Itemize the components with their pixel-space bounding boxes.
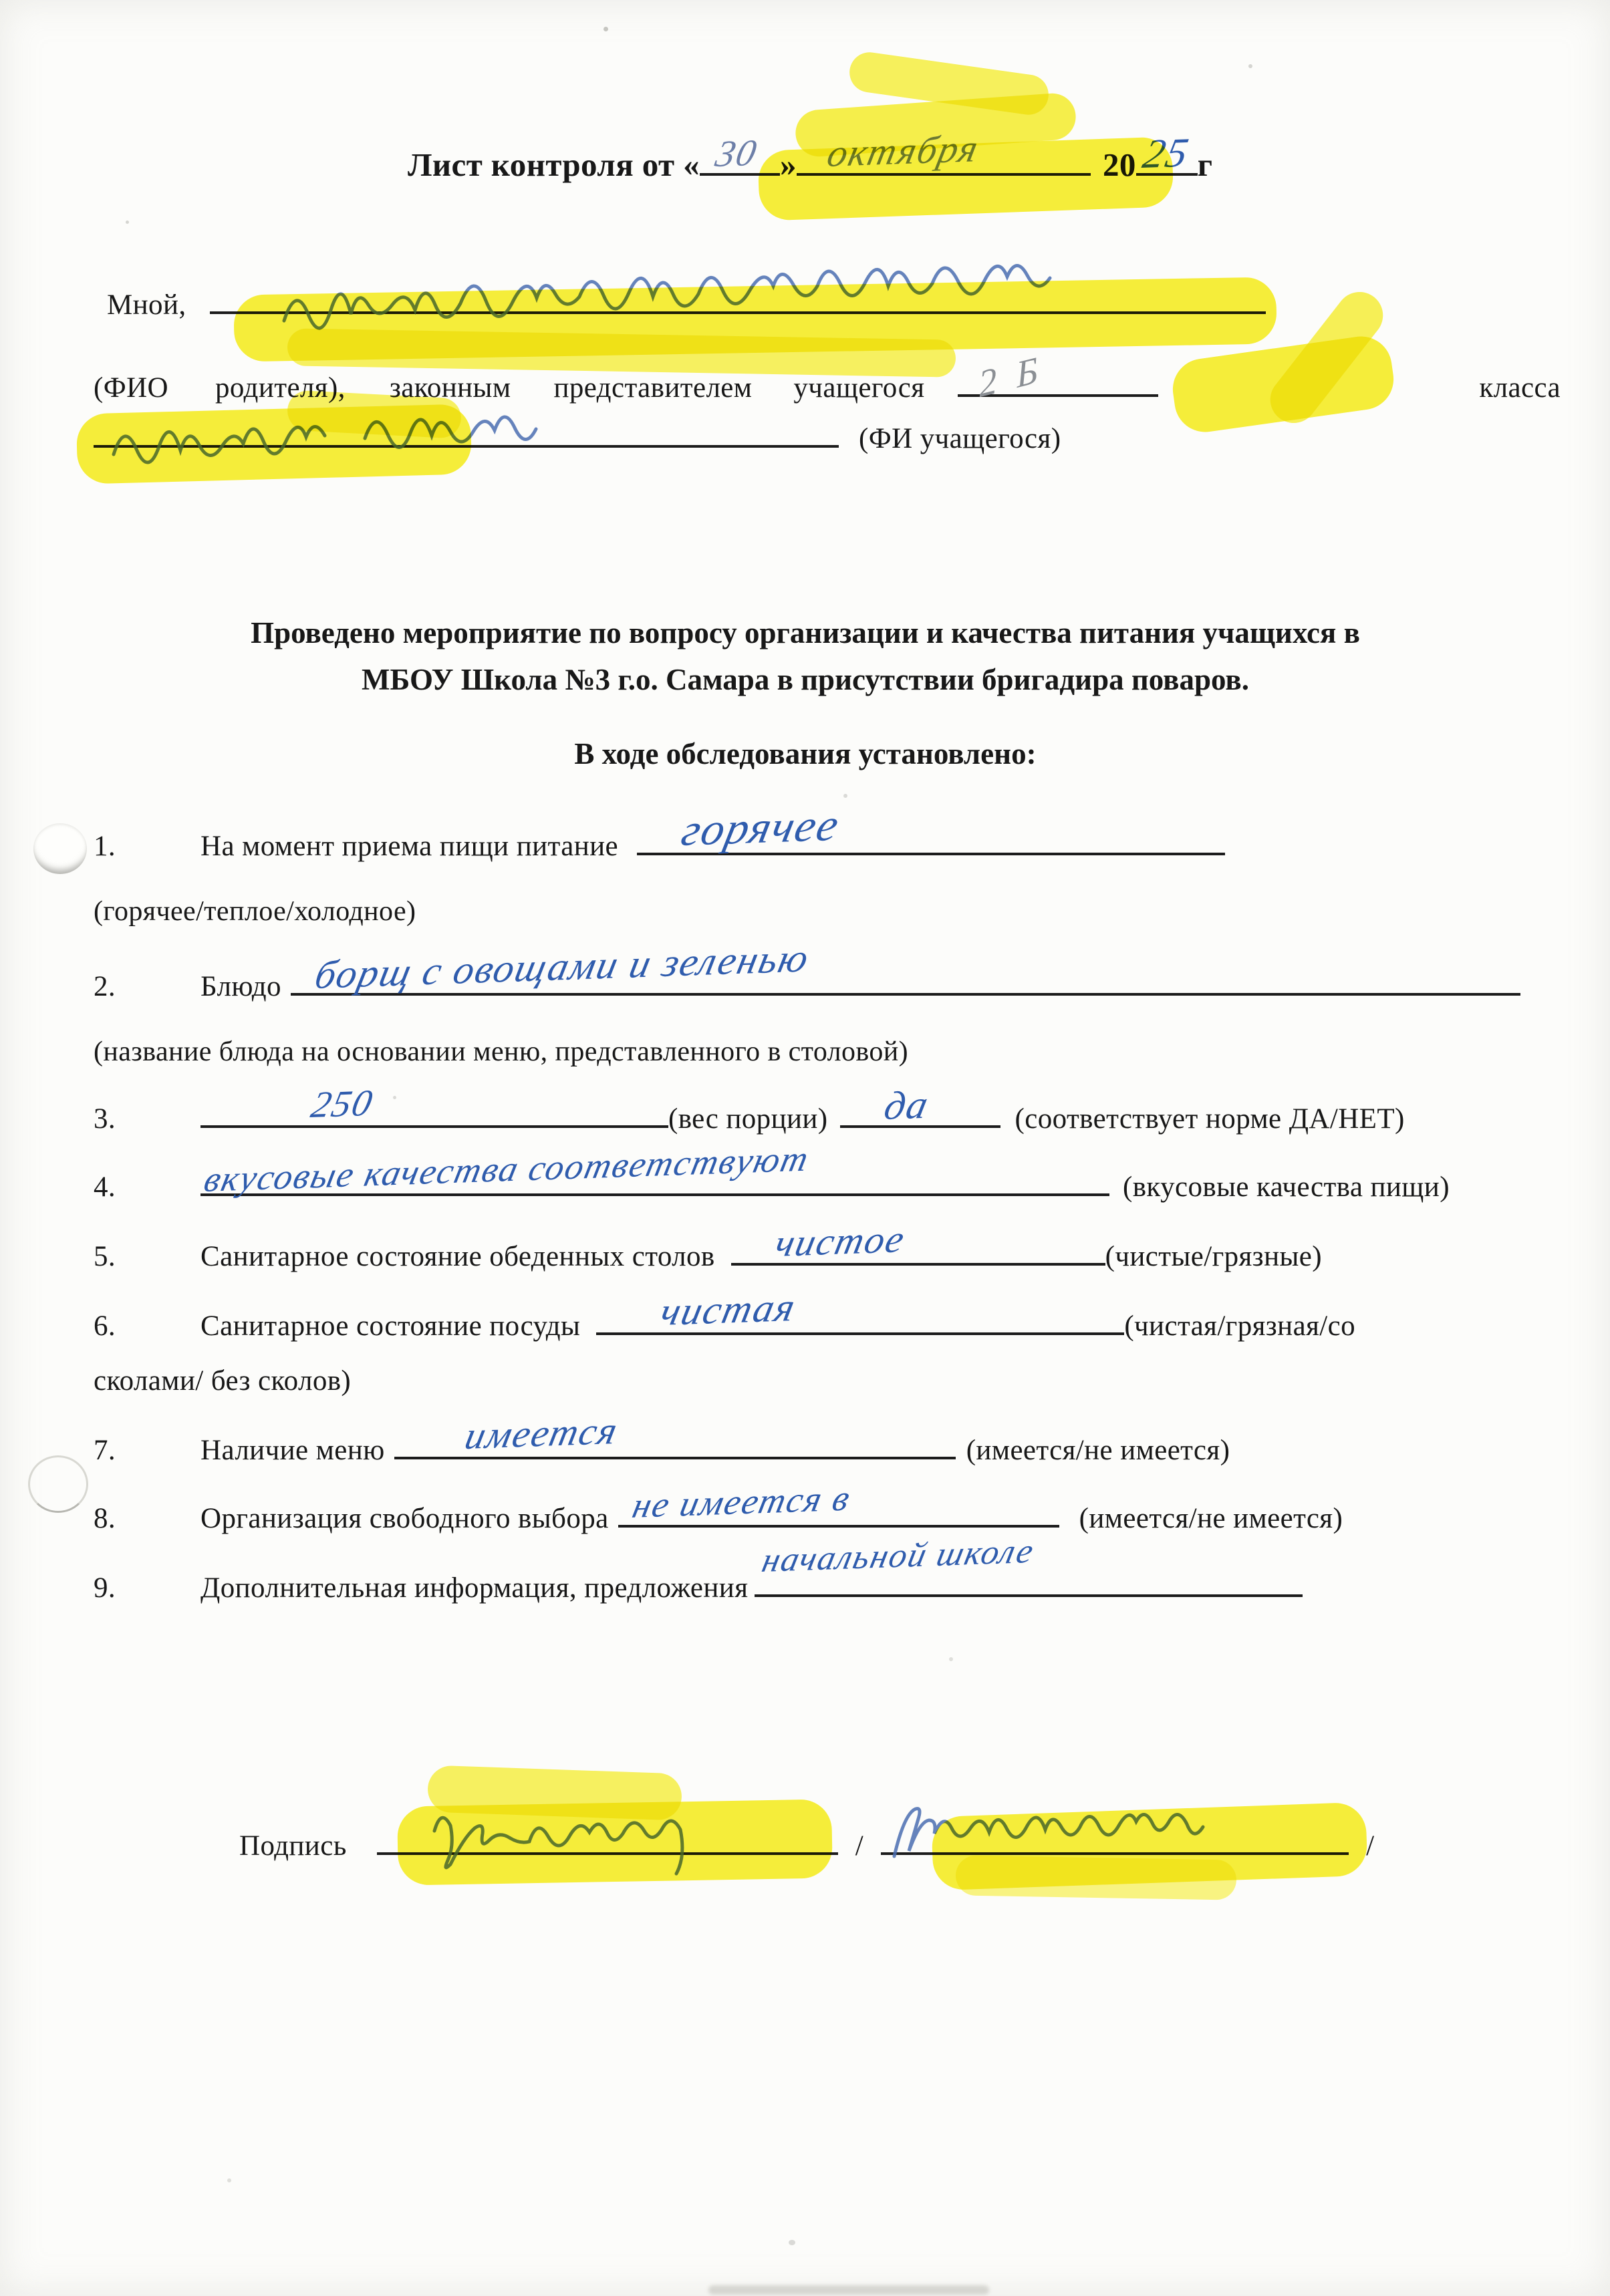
scan-speck [1248, 64, 1252, 68]
item-7-number: 7. [94, 1434, 200, 1467]
item-9-label: Дополнительная информация, предложения [200, 1572, 748, 1604]
legal-word-3: учащегося [793, 372, 924, 404]
item-3-answer-weight: 250 [307, 1082, 377, 1127]
item-1: 1. На момент приема пищи питание горячее [94, 830, 1225, 863]
scan-speck [126, 221, 129, 224]
highlighter-parent-name-lower [287, 328, 956, 377]
scan-speck [227, 2178, 231, 2182]
class-handwriting: 2 Б [978, 347, 1045, 407]
date-year-blank: 25 [1136, 164, 1198, 176]
item-2-hint: (название блюда на основании меню, предс… [94, 1036, 908, 1068]
title-after-day: » [780, 146, 797, 184]
findings-subheading: В ходе обследования установлено: [67, 736, 1544, 771]
event-paragraph: Проведено мероприятие по вопросу организ… [67, 609, 1544, 703]
item-6-blank: чистая [596, 1323, 1124, 1335]
signature-blank-2 [881, 1843, 1349, 1855]
item-5-number: 5. [94, 1240, 200, 1273]
item-6-answer: чистая [656, 1284, 801, 1335]
scan-speck [393, 1096, 396, 1099]
item-1-blank: горячее [637, 843, 1225, 855]
item-1-label: На момент приема пищи питание [200, 830, 618, 863]
scan-speck [843, 794, 847, 798]
date-year-handwriting: 25 [1139, 130, 1194, 178]
item-5-blank: чистое [731, 1254, 1105, 1266]
representative-line: (ФИО родителя), законным представителем … [94, 372, 1561, 404]
item-3-blank-norm: да [840, 1116, 1000, 1128]
item-1-number: 1. [94, 830, 200, 863]
student-name-blank [94, 436, 839, 448]
item-9: 9. Дополнительная информация, предложени… [94, 1572, 1303, 1604]
item-9-number: 9. [94, 1572, 200, 1604]
item-5-label: Санитарное состояние обеденных столов [200, 1240, 715, 1273]
item-8: 8. Организация свободного выбора не имее… [94, 1502, 1343, 1535]
class-label: класса [1479, 372, 1561, 404]
scan-speck [603, 27, 608, 31]
fio-hint: (ФИО [94, 372, 168, 404]
item-6-label: Санитарное состояние посуды [200, 1310, 580, 1342]
item-8-tail: (имеется/не имеется) [1079, 1502, 1343, 1535]
hole-punch-bottom [28, 1455, 88, 1513]
legal-word-1: законным [390, 372, 511, 404]
item-4: 4. вкусовые качества соответствуют (вкус… [94, 1171, 1450, 1203]
legal-word-2: представителем [553, 372, 752, 404]
item-8-blank: не имеется в [618, 1516, 1059, 1528]
form-title: Лист контроля от « 30 » октября 20 25 г [408, 146, 1212, 184]
scan-edge-shadow [708, 2285, 989, 2295]
item-9-blank [755, 1585, 1303, 1597]
hole-punch-top [33, 823, 87, 874]
item-7-answer: имеется [461, 1408, 623, 1458]
item-4-answer: вкусовые качества соответствуют [200, 1138, 813, 1200]
item-3-mid-label: (вес порции) [668, 1103, 828, 1135]
highlighter-class-streak [1261, 283, 1393, 432]
item-6-tail-line2: сколами/ без сколов) [94, 1365, 351, 1397]
signature-blank-1 [377, 1843, 838, 1855]
scan-speck [949, 1657, 953, 1661]
highlighter-date-stray [847, 49, 1051, 117]
item-4-tail: (вкусовые качества пищи) [1123, 1171, 1450, 1203]
item-7-label: Наличие меню [200, 1434, 385, 1467]
scan-speck [789, 2240, 795, 2245]
item-6: 6. Санитарное состояние посуды чистая (ч… [94, 1310, 1355, 1342]
item-8-label: Организация свободного выбора [200, 1502, 609, 1535]
item-7-tail: (имеется/не имеется) [966, 1434, 1230, 1467]
item-1-hint: (горячее/теплое/холодное) [94, 895, 416, 927]
date-day-blank: 30 [700, 164, 780, 176]
item-2: 2. Блюдо борщ с овощами и зеленью [94, 970, 1520, 1003]
date-day-handwriting: 30 [712, 132, 761, 176]
parent-name-blank [210, 302, 1266, 314]
event-paragraph-line2: МБОУ Школа №3 г.о. Самара в присутствии … [67, 656, 1544, 703]
title-year-prefix: 20 [1103, 146, 1136, 184]
title-prefix: Лист контроля от « [408, 146, 700, 184]
item-5-tail: (чистые/грязные) [1105, 1240, 1322, 1273]
title-year-suffix: г [1198, 146, 1213, 184]
signature-line: Подпись / / [239, 1830, 1374, 1862]
highlighter-signature-1-upper [427, 1765, 682, 1820]
item-3: 3. 250 (вес порции) да (соответствует но… [94, 1103, 1405, 1135]
item-5-answer: чистое [771, 1216, 910, 1266]
event-paragraph-line1: Проведено мероприятие по вопросу организ… [67, 609, 1544, 656]
item-6-number: 6. [94, 1310, 200, 1342]
item-3-tail: (соответствует норме ДА/НЕТ) [1015, 1103, 1405, 1135]
scanned-form-page: Лист контроля от « 30 » октября 20 25 г … [0, 0, 1610, 2296]
signature-separator-1: / [855, 1830, 863, 1862]
date-month-handwriting: октября [823, 126, 983, 176]
item-2-label: Блюдо [200, 970, 281, 1003]
item-8-number: 8. [94, 1502, 200, 1535]
item-7-blank: имеется [394, 1447, 956, 1459]
item-2-answer: борщ с овощами и зеленью [311, 936, 814, 998]
signature-label: Подпись [239, 1830, 347, 1862]
item-6-tail: (чистая/грязная/со [1124, 1310, 1355, 1342]
by-label: Мной, [107, 289, 186, 321]
student-line: (ФИ учащегося) [94, 422, 1061, 455]
signature-separator-2: / [1366, 1830, 1374, 1862]
date-month-blank: октября [797, 164, 1091, 176]
item-2-number: 2. [94, 970, 200, 1003]
item-4-blank: вкусовые качества соответствуют [200, 1184, 1109, 1196]
item-3-answer-norm: да [880, 1082, 934, 1129]
item-4-number: 4. [94, 1171, 200, 1203]
item-1-answer: горячее [677, 799, 845, 857]
item-5: 5. Санитарное состояние обеденных столов… [94, 1240, 1322, 1273]
parent-line: Мной, [107, 289, 1266, 321]
item-3-number: 3. [94, 1103, 200, 1135]
item-7: 7. Наличие меню имеется (имеется/не имее… [94, 1434, 1230, 1467]
class-blank: 2 Б [958, 385, 1158, 397]
item-2-blank: борщ с овощами и зеленью [291, 984, 1520, 996]
item-3-blank-weight: 250 [200, 1116, 668, 1128]
student-hint: (ФИ учащегося) [859, 422, 1061, 455]
fio-hint2: родителя), [215, 372, 346, 404]
item-8-answer-line1: не имеется в [629, 1477, 855, 1526]
